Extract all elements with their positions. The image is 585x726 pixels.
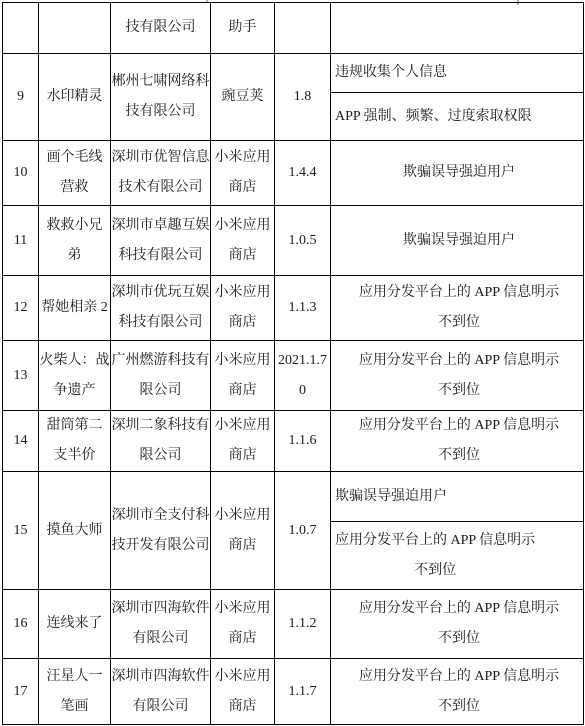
cell-index [3,3,39,54]
cell-index: 12 [3,276,39,341]
cell-store: 小米应用 商店 [211,472,275,590]
cell-company: 深圳市四海软件 有限公司 [111,590,211,659]
cell-index: 11 [3,206,39,276]
violation-apps-table: 技有限公司 助手 9 水印精灵 郴州七啸网络科 技有限公司 豌豆荚 1.8 违规… [2,2,584,725]
cell-company: 深圳市优智信息 技术有限公司 [111,141,211,206]
table-row: 10 画个毛线 营救 深圳市优智信息 技术有限公司 小米应用 商店 1.4.4 … [3,141,584,206]
table-row: 14 甜筒第二 支半价 深圳二象科技有 限公司 小米应用 商店 1.1.6 应用… [3,411,584,472]
violation-item: 违规收集个人信息 [331,54,583,93]
cell-violation [331,3,584,54]
cell-company: 深圳市全支付科 技开发有限公司 [111,472,211,590]
cell-store: 小米应用 商店 [211,341,275,411]
cell-app-name: 汪星人一 笔画 [39,659,111,725]
cell-version: 1.0.7 [275,472,331,590]
cell-company: 深圳市卓趣互娱 科技有限公司 [111,206,211,276]
cell-index: 10 [3,141,39,206]
violation-list: 欺骗误导强迫用户应用分发平台上的 APP 信息明示 不到位 [331,472,583,589]
table-row: 16 连线来了 深圳市四海软件 有限公司 小米应用 商店 1.1.2 应用分发平… [3,590,584,659]
cell-index: 16 [3,590,39,659]
cell-violation: 应用分发平台上的 APP 信息明示 不到位 [331,276,584,341]
cell-violation: 应用分发平台上的 APP 信息明示 不到位 [331,659,584,725]
cell-index: 9 [3,54,39,141]
table-row: 11 救救小兄 弟 深圳市卓趣互娱 科技有限公司 小米应用 商店 1.0.5 欺… [3,206,584,276]
cell-app-name: 连线来了 [39,590,111,659]
cell-violation: 应用分发平台上的 APP 信息明示 不到位 [331,341,584,411]
cell-company: 深圳市四海软件 有限公司 [111,659,211,725]
cell-app-name: 水印精灵 [39,54,111,141]
cell-version: 1.4.4 [275,141,331,206]
cell-violation: 应用分发平台上的 APP 信息明示 不到位 [331,411,584,472]
cell-company: 郴州七啸网络科 技有限公司 [111,54,211,141]
cell-app-name: 救救小兄 弟 [39,206,111,276]
table-row: 17 汪星人一 笔画 深圳市四海软件 有限公司 小米应用 商店 1.1.7 应用… [3,659,584,725]
cell-version [275,3,331,54]
document-page: 技有限公司 助手 9 水印精灵 郴州七啸网络科 技有限公司 豌豆荚 1.8 违规… [0,0,585,726]
cell-index: 13 [3,341,39,411]
cell-violation: 欺骗误导强迫用户 [331,206,584,276]
cell-company: 广州燃游科技有 限公司 [111,341,211,411]
cell-version: 2021.1.7 0 [275,341,331,411]
cell-violation: 应用分发平台上的 APP 信息明示 不到位 [331,590,584,659]
cell-violation: 欺骗误导强迫用户 [331,141,584,206]
cell-version: 1.1.7 [275,659,331,725]
table-row: 技有限公司 助手 [3,3,584,54]
violation-item: 欺骗误导强迫用户 [331,472,583,522]
cell-store: 小米应用 商店 [211,276,275,341]
table-row: 15 摸鱼大师 深圳市全支付科 技开发有限公司 小米应用 商店 1.0.7 欺骗… [3,472,584,590]
cell-store: 小米应用 商店 [211,206,275,276]
cell-app-name [39,3,111,54]
violation-list: 违规收集个人信息APP 强制、频繁、过度索取权限 [331,54,583,140]
cell-version: 1.1.2 [275,590,331,659]
violation-item: 应用分发平台上的 APP 信息明示 不到位 [331,522,583,589]
cell-app-name: 火柴人：战 争遗产 [39,341,111,411]
table-row: 13 火柴人：战 争遗产 广州燃游科技有 限公司 小米应用 商店 2021.1.… [3,341,584,411]
cell-version: 1.0.5 [275,206,331,276]
violation-item: APP 强制、频繁、过度索取权限 [331,93,583,140]
cell-app-name: 帮她相亲 2 [39,276,111,341]
cell-company: 深圳二象科技有 限公司 [111,411,211,472]
cell-store: 助手 [211,3,275,54]
cell-store: 小米应用 商店 [211,590,275,659]
table-row: 12 帮她相亲 2 深圳市优玩互娱 科技有限公司 小米应用 商店 1.1.3 应… [3,276,584,341]
cell-store: 豌豆荚 [211,54,275,141]
cell-violation: 违规收集个人信息APP 强制、频繁、过度索取权限 [331,54,584,141]
cell-version: 1.1.6 [275,411,331,472]
cell-store: 小米应用 商店 [211,411,275,472]
cell-store: 小米应用 商店 [211,141,275,206]
table-row: 9 水印精灵 郴州七啸网络科 技有限公司 豌豆荚 1.8 违规收集个人信息APP… [3,54,584,141]
cell-index: 17 [3,659,39,725]
cell-index: 15 [3,472,39,590]
cell-company: 深圳市优玩互娱 科技有限公司 [111,276,211,341]
cell-store: 小米应用 商店 [211,659,275,725]
cell-app-name: 摸鱼大师 [39,472,111,590]
cell-app-name: 甜筒第二 支半价 [39,411,111,472]
cell-index: 14 [3,411,39,472]
cell-app-name: 画个毛线 营救 [39,141,111,206]
cell-violation: 欺骗误导强迫用户应用分发平台上的 APP 信息明示 不到位 [331,472,584,590]
cell-version: 1.8 [275,54,331,141]
cell-version: 1.1.3 [275,276,331,341]
cell-company: 技有限公司 [111,3,211,54]
